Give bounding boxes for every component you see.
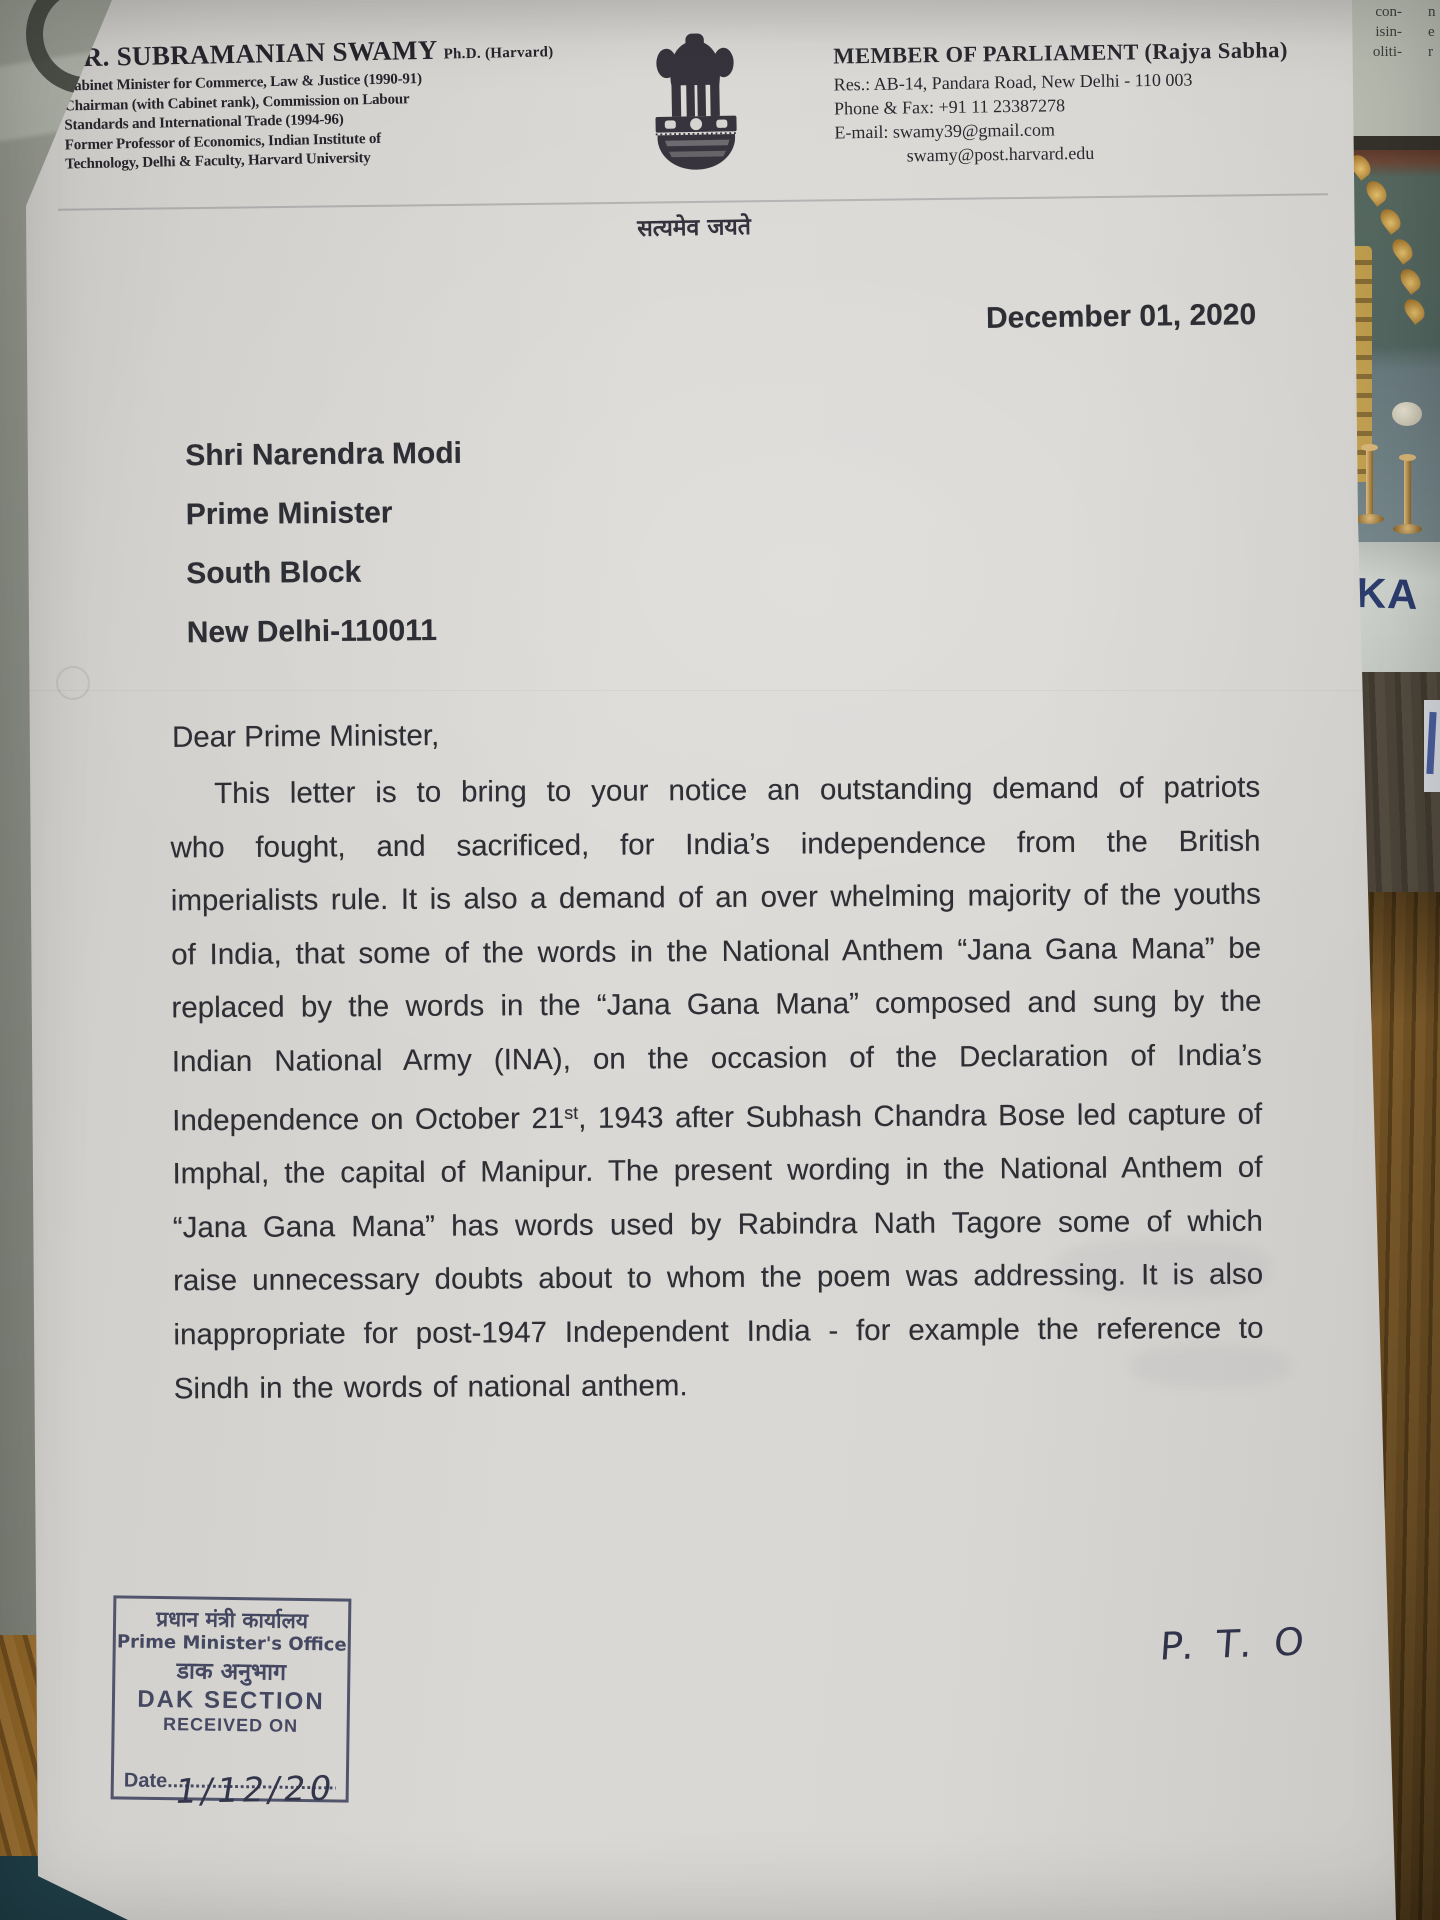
stamp-line: RECEIVED ON [114, 1713, 346, 1737]
painting-flame-motif [1396, 265, 1424, 294]
sender-name: DR. SUBRAMANIAN SWAMY Ph.D. (Harvard) [63, 34, 494, 74]
photo-scene: con- isin- oliti- n e r KA [0, 0, 1440, 1920]
pmo-received-stamp: प्रधान मंत्री कार्यालय Prime Minister's … [111, 1595, 352, 1802]
body-line: Imphal, the capital of Manipur. The pres… [172, 1141, 1262, 1201]
body-line: inappropriate for post-1947 Independent … [173, 1302, 1263, 1362]
painting-oil-lamp [1404, 460, 1411, 526]
body-line: This letter is to bring to your notice a… [170, 761, 1260, 821]
body-line: “Jana Gana Mana” has words used by Rabin… [173, 1194, 1263, 1254]
shadow-gap [1340, 136, 1440, 150]
recipient-line: Prime Minister [185, 483, 462, 544]
body-line: who fought, and sacrificed, for India’s … [170, 814, 1260, 874]
pto-handwritten-note: P. T. O [1159, 1619, 1311, 1668]
sender-name-text: DR. SUBRAMANIAN SWAMY [63, 35, 437, 73]
painting-flame-motif [1376, 205, 1404, 234]
mp-title: MEMBER OF PARLIAMENT (Rajya Sabha) [833, 37, 1333, 70]
newspaper-word: isin- [1354, 22, 1402, 42]
painting-flame-motif [1388, 235, 1416, 264]
painting-figure [1392, 402, 1422, 426]
body-line: Independence on October 21st, 1943 after… [172, 1082, 1262, 1147]
letterhead-left-block: DR. SUBRAMANIAN SWAMY Ph.D. (Harvard) Ca… [63, 34, 496, 175]
recipient-block: Shri Narendra Modi Prime Minister South … [185, 424, 464, 662]
salutation: Dear Prime Minister, [172, 719, 439, 755]
newspaper-column-left: con- isin- oliti- [1354, 2, 1402, 62]
stamp-date-label: Date [124, 1770, 168, 1793]
newspaper-word: n [1428, 2, 1440, 22]
stamp-line-hindi: डाक अनुभाग [115, 1652, 347, 1687]
body-line: imperialists rule. It is also a demand o… [171, 868, 1261, 928]
body-line: Sindh in the words of national anthem. [174, 1355, 1264, 1415]
recipient-line: New Delhi-110011 [187, 601, 464, 662]
newspaper-column-right: n e r [1428, 2, 1440, 62]
sender-credentials: Cabinet Minister for Commerce, Law & Jus… [63, 69, 495, 175]
punch-hole-mark [56, 666, 90, 700]
recipient-line: South Block [186, 542, 463, 603]
mp-contact-lines: Res.: AB-14, Pandara Road, New Delhi - 1… [834, 66, 1335, 169]
painting-oil-lamp [1366, 450, 1373, 516]
book-fragment-mark [1426, 712, 1436, 774]
letter-body: This letter is to bring to your notice a… [170, 761, 1264, 1416]
stamp-line: DAK SECTION [115, 1685, 347, 1716]
newspaper-word: e [1428, 22, 1440, 42]
sender-degree: Ph.D. (Harvard) [443, 44, 553, 62]
body-line-part: , 1943 after Subhash Chandra Bose led ca… [578, 1097, 1262, 1134]
newspaper-word: con- [1354, 2, 1402, 22]
letter-paper: DR. SUBRAMANIAN SWAMY Ph.D. (Harvard) Ca… [0, 0, 1440, 1920]
letterhead-right-block: MEMBER OF PARLIAMENT (Rajya Sabha) Res.:… [833, 37, 1335, 169]
body-line: Indian National Army (INA), on the occas… [172, 1029, 1262, 1089]
paper-crease [30, 690, 1370, 691]
newspaper-fragment: con- isin- oliti- n e r [1340, 0, 1440, 136]
newspaper-word: oliti- [1354, 42, 1402, 62]
emblem-motto: सत्यमेव जयते [594, 208, 795, 243]
body-line: of India, that some of the words in the … [171, 921, 1261, 981]
recipient-line: Shri Narendra Modi [185, 424, 462, 485]
book-fragment [1424, 700, 1440, 792]
body-line: replaced by the words in the “Jana Gana … [171, 975, 1261, 1035]
book-spine-label: KA [1355, 569, 1419, 619]
newspaper-word: r [1428, 42, 1440, 62]
handwritten-date: 1/12/20 [172, 1769, 338, 1812]
painting-flame-motif [1400, 295, 1428, 324]
ashoka-emblem-icon [638, 27, 753, 213]
painting-flame-motif [1362, 177, 1390, 206]
letter-date: December 01, 2020 [986, 298, 1257, 336]
body-line: raise unnecessary doubts about to whom t… [173, 1248, 1263, 1308]
ordinal-superscript: st [564, 1102, 578, 1122]
stamp-line: Prime Minister's Office [116, 1631, 348, 1655]
body-line-part: Independence on October 21 [172, 1101, 564, 1136]
